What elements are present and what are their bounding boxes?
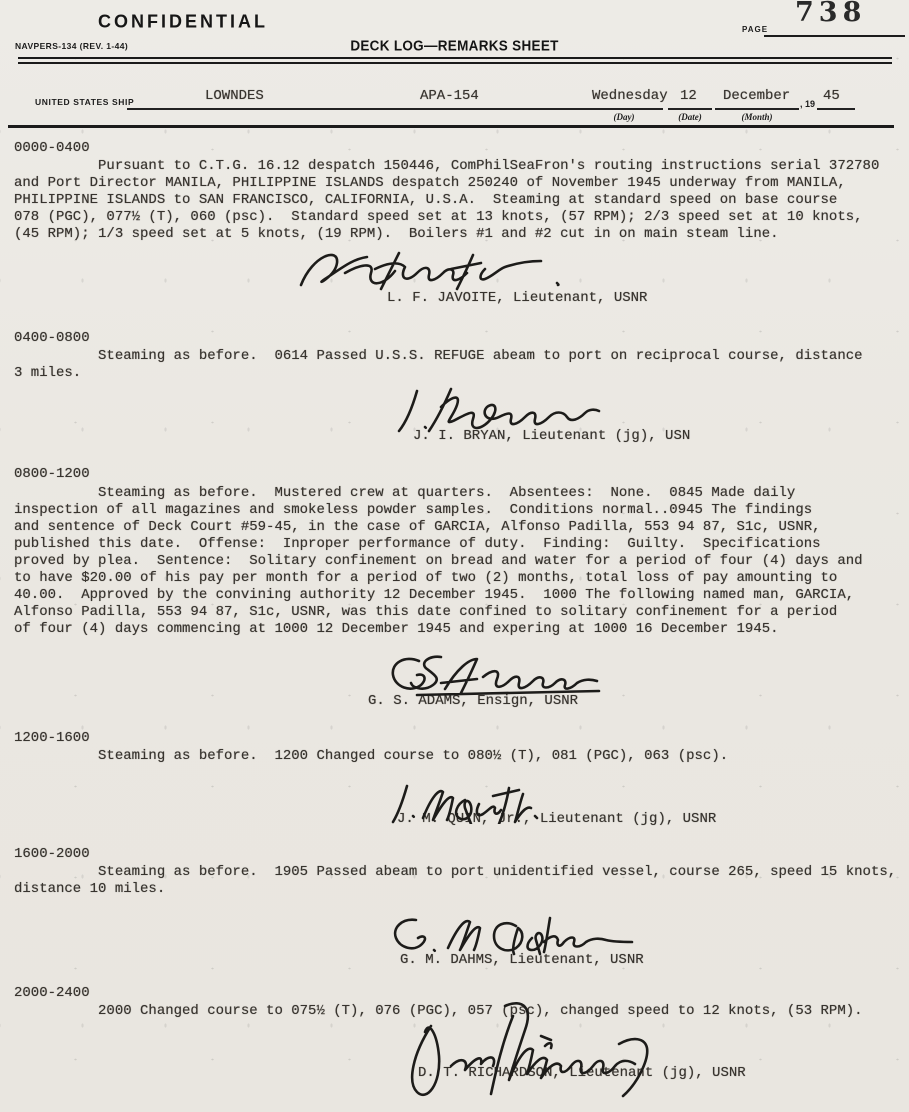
- classification-stamp: CONFIDENTIAL: [98, 10, 268, 32]
- watch-period-label: 1600-2000: [14, 846, 90, 862]
- watch-period-label: 0800-1200: [14, 466, 90, 482]
- date-value: 12: [680, 88, 697, 105]
- month-caption: (Month): [715, 112, 799, 122]
- year-value: 45: [823, 88, 840, 105]
- ship-name-line: [127, 90, 607, 110]
- signature-script: [295, 243, 575, 295]
- hull-number: APA-154: [420, 88, 479, 105]
- ship-name: LOWNDES: [205, 88, 264, 105]
- watch-period-label: 2000-2400: [14, 985, 90, 1001]
- day-value: Wednesday: [592, 88, 668, 105]
- signature-script: [388, 912, 638, 958]
- ship-label: UNITED STATES SHIP: [35, 97, 134, 107]
- entry-text: Steaming as before. 1200 Changed course …: [14, 748, 728, 765]
- watch-period-label: 1200-1600: [14, 730, 90, 746]
- signature-script: [391, 782, 556, 824]
- entry-text: Steaming as before. 0614 Passed U.S.S. R…: [14, 348, 863, 382]
- month-value: December: [723, 88, 790, 105]
- year-prefix: , 19: [800, 99, 815, 109]
- date-caption: (Date): [668, 112, 712, 122]
- signature-script: [383, 651, 613, 697]
- header-rule: [8, 125, 894, 128]
- watch-period-label: 0000-0400: [14, 140, 90, 156]
- double-rule: [18, 57, 892, 64]
- page-label: PAGE: [742, 25, 768, 34]
- signature-script: [385, 998, 675, 1098]
- entry-text: Steaming as before. 1905 Passed abeam to…: [14, 864, 896, 898]
- deck-log-sheet: CONFIDENTIAL 738 PAGE NAVPERS-134 (REV. …: [0, 0, 909, 1112]
- entry-text: Pursuant to C.T.G. 16.12 despatch 150446…: [14, 158, 879, 243]
- form-title: DECK LOG—REMARKS SHEET: [0, 37, 909, 54]
- signature-script: [393, 385, 603, 435]
- watch-period-label: 0400-0800: [14, 330, 90, 346]
- entry-text: Steaming as before. Mustered crew at qua…: [14, 485, 863, 638]
- day-caption: (Day): [585, 112, 663, 122]
- page-number-stamp: 738: [795, 0, 866, 28]
